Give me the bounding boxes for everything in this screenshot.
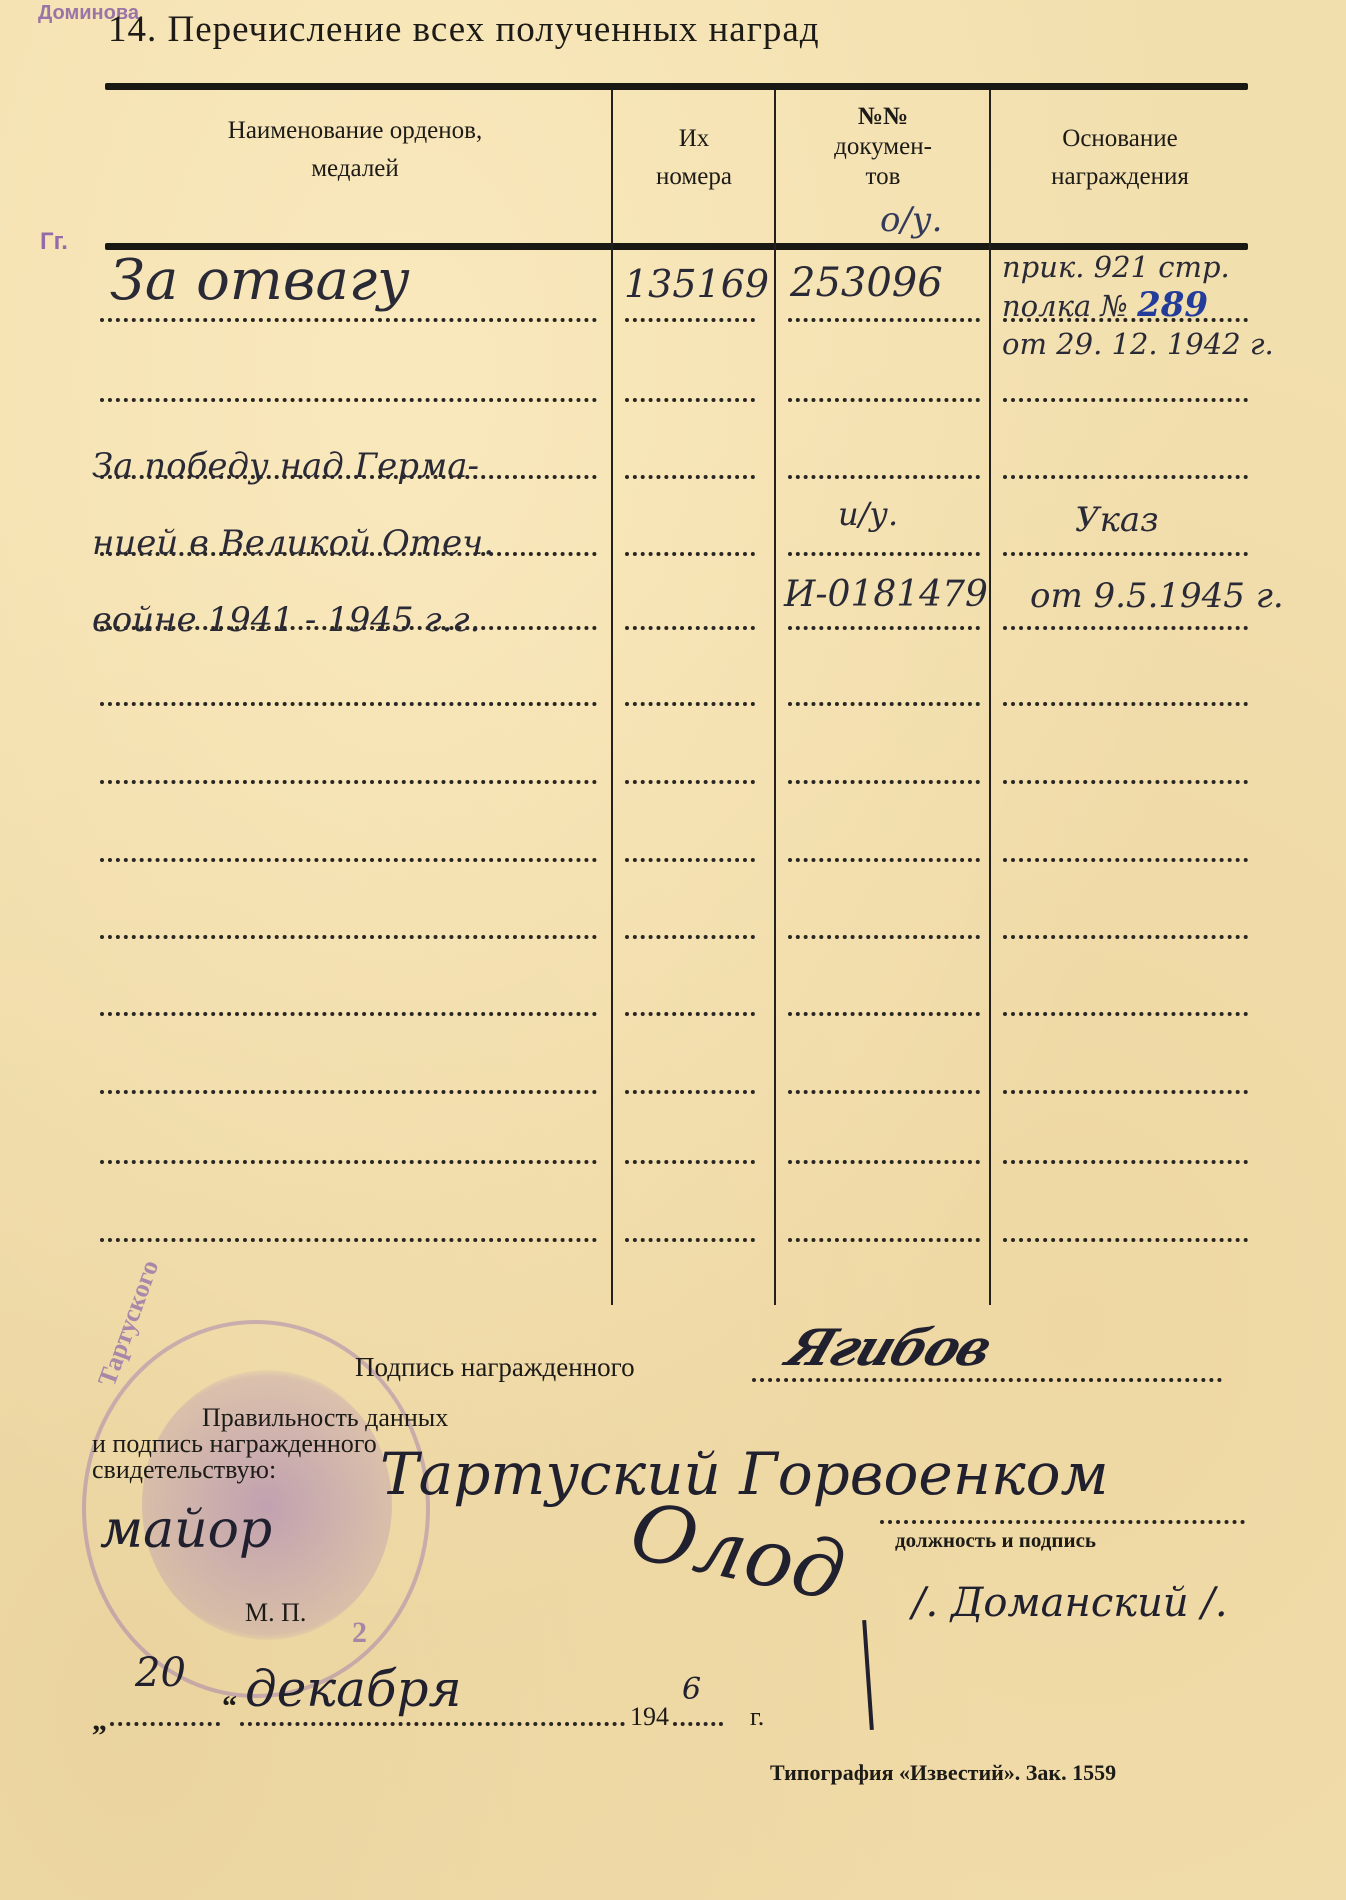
row-dotted-line bbox=[625, 1012, 755, 1016]
award-name: За победу над Герма- нией в Великой Отеч… bbox=[92, 428, 494, 659]
document-number: И-0181479 bbox=[784, 574, 988, 615]
row-dotted-line bbox=[1003, 626, 1248, 630]
award-basis: прик. 921 стр. полка № 289 от 29. 12. 19… bbox=[1002, 248, 1342, 363]
row-dotted-line bbox=[788, 858, 980, 862]
header-line: Основание bbox=[992, 120, 1248, 158]
header-line: номера bbox=[614, 158, 774, 196]
row-dotted-line bbox=[1003, 1090, 1248, 1094]
column-header-document-numbers: №№ докумен- тов bbox=[777, 102, 989, 192]
award-name-line: нией в Великой Отеч. bbox=[92, 505, 494, 582]
award-number: 135169 bbox=[624, 262, 769, 306]
position-line bbox=[880, 1520, 1245, 1524]
row-dotted-line bbox=[625, 935, 755, 939]
row-dotted-line bbox=[788, 780, 980, 784]
column-header-award-name: Наименование орденов, медалей bbox=[105, 112, 605, 188]
basis-line: прик. 921 стр. bbox=[1002, 248, 1342, 286]
header-line: тов bbox=[777, 162, 989, 192]
header-line: №№ bbox=[777, 102, 989, 132]
row-dotted-line bbox=[100, 1238, 597, 1242]
date-month-line bbox=[240, 1722, 625, 1726]
column-divider bbox=[989, 90, 991, 1305]
row-dotted-line bbox=[1003, 1160, 1248, 1164]
award-name: За отвагу bbox=[110, 248, 410, 313]
certify-line: Правильность данных bbox=[92, 1405, 448, 1431]
seal-place-mark: М. П. bbox=[245, 1598, 306, 1628]
row-dotted-line bbox=[788, 702, 980, 706]
row-dotted-line bbox=[625, 626, 755, 630]
row-dotted-line bbox=[1003, 1012, 1248, 1016]
row-stamp: Гг. bbox=[40, 228, 68, 256]
row-dotted-line bbox=[100, 780, 597, 784]
row-dotted-line bbox=[1003, 858, 1248, 862]
row-dotted-line bbox=[788, 552, 980, 556]
row-dotted-line bbox=[625, 702, 755, 706]
header-line: награждения bbox=[992, 158, 1248, 196]
basis-line: от 29. 12. 1942 г. bbox=[1002, 325, 1342, 363]
row-dotted-line bbox=[1003, 780, 1248, 784]
date-year-suffix: 6 bbox=[682, 1672, 701, 1707]
date-open-quote: „ bbox=[92, 1704, 107, 1738]
basis-line: полка № 289 bbox=[1002, 286, 1342, 325]
row-dotted-line bbox=[100, 318, 597, 322]
row-dotted-line bbox=[1003, 475, 1248, 479]
header-line: докумен- bbox=[777, 132, 989, 162]
row-dotted-line bbox=[100, 1012, 597, 1016]
section-title: 14. Перечисление всех полученных наград bbox=[108, 8, 820, 51]
row-dotted-line bbox=[1003, 398, 1248, 402]
header-line: медалей bbox=[105, 150, 605, 188]
regiment-number: 289 bbox=[1137, 285, 1208, 325]
row-dotted-line bbox=[100, 1090, 597, 1094]
document-note: и/у. bbox=[838, 495, 898, 533]
row-dotted-line bbox=[788, 1090, 980, 1094]
signature-stroke bbox=[862, 1620, 874, 1730]
column-divider bbox=[774, 90, 776, 1305]
position-caption: должность и подпись bbox=[895, 1528, 1096, 1553]
column-header-numbers: Их номера bbox=[614, 120, 774, 196]
certifier-position: Тартуский Горвоенком bbox=[380, 1440, 1109, 1508]
date-year-prefix: 194 bbox=[630, 1702, 669, 1732]
row-dotted-line bbox=[1003, 702, 1248, 706]
row-dotted-line bbox=[625, 475, 755, 479]
date-year-unit: г. bbox=[750, 1702, 764, 1732]
award-basis: Указ bbox=[1075, 500, 1159, 540]
row-dotted-line bbox=[788, 398, 980, 402]
row-dotted-line bbox=[625, 858, 755, 862]
row-dotted-line bbox=[100, 398, 597, 402]
row-dotted-line bbox=[625, 1160, 755, 1164]
award-name-line: войне 1941 - 1945 г.г. bbox=[92, 582, 494, 659]
date-year-line bbox=[673, 1722, 723, 1726]
header-handwritten-note: о/у. bbox=[880, 200, 942, 240]
row-dotted-line bbox=[625, 552, 755, 556]
award-name-line: За победу над Герма- bbox=[92, 428, 494, 505]
row-dotted-line bbox=[625, 1090, 755, 1094]
certifier-name: /. Доманский /. bbox=[912, 1580, 1228, 1626]
row-dotted-line bbox=[788, 475, 980, 479]
row-dotted-line bbox=[625, 780, 755, 784]
date-day: 20 bbox=[135, 1650, 186, 1696]
row-dotted-line bbox=[788, 626, 980, 630]
document-number: 253096 bbox=[790, 260, 943, 306]
date-month: декабря bbox=[245, 1660, 462, 1718]
row-dotted-line bbox=[625, 318, 755, 322]
row-dotted-line bbox=[1003, 1238, 1248, 1242]
header-line: Их bbox=[614, 120, 774, 158]
row-dotted-line bbox=[788, 1012, 980, 1016]
row-dotted-line bbox=[100, 858, 597, 862]
award-basis: от 9.5.1945 г. bbox=[1030, 576, 1284, 616]
row-dotted-line bbox=[1003, 935, 1248, 939]
basis-prefix: полка № bbox=[1002, 289, 1128, 323]
row-dotted-line bbox=[788, 1160, 980, 1164]
row-dotted-line bbox=[100, 935, 597, 939]
signature-line bbox=[752, 1378, 1222, 1382]
awardee-signature: Ягибов bbox=[779, 1318, 999, 1377]
date-close-quote: “ bbox=[222, 1690, 237, 1724]
row-dotted-line bbox=[788, 318, 980, 322]
column-divider bbox=[611, 90, 613, 1305]
column-header-basis: Основание награждения bbox=[992, 120, 1248, 196]
signature-label: Подпись награжденного bbox=[355, 1352, 635, 1383]
certifier-rank: майор bbox=[100, 1500, 272, 1560]
row-dotted-line bbox=[1003, 552, 1248, 556]
row-dotted-line bbox=[100, 1160, 597, 1164]
row-dotted-line bbox=[100, 702, 597, 706]
printer-imprint: Типография «Известий». Зак. 1559 bbox=[770, 1760, 1116, 1786]
row-dotted-line bbox=[625, 398, 755, 402]
row-dotted-line bbox=[788, 1238, 980, 1242]
header-line: Наименование орденов, bbox=[105, 112, 605, 150]
row-dotted-line bbox=[625, 1238, 755, 1242]
row-dotted-line bbox=[788, 935, 980, 939]
seal-number: 2 bbox=[352, 1616, 367, 1650]
date-day-line bbox=[110, 1722, 220, 1726]
table-top-rule bbox=[105, 83, 1248, 90]
